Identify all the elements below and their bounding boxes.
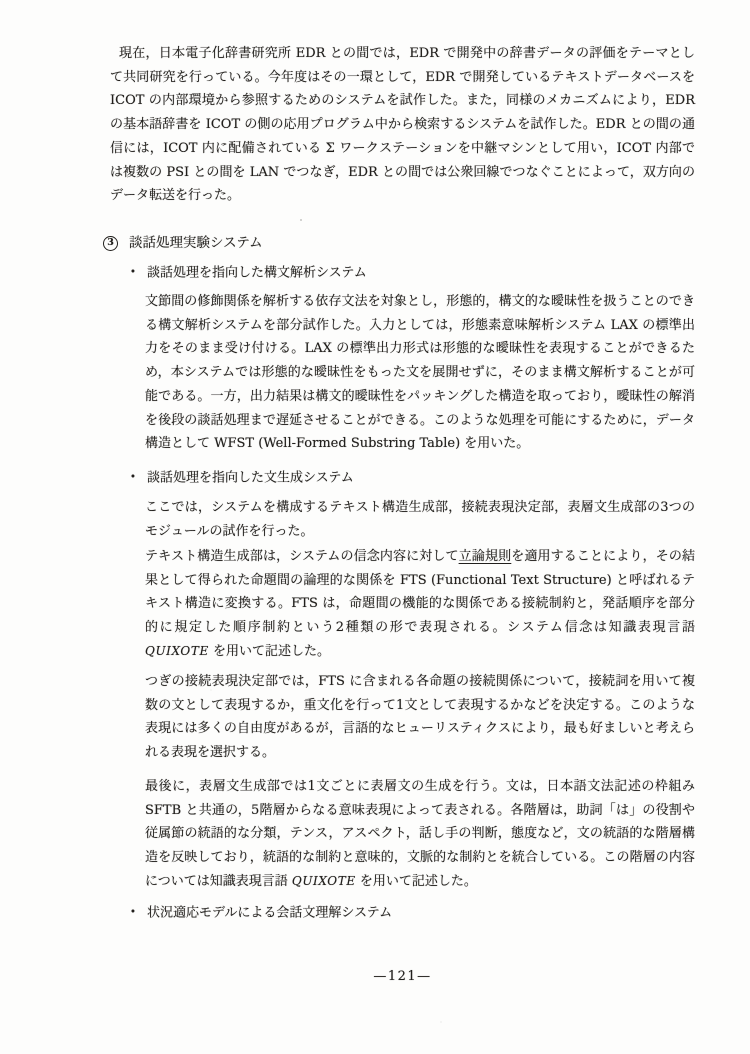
paragraph-text-structure-generation: テキスト構造生成部は，システムの信念内容に対して立論規則を適用することにより，そ…: [145, 545, 695, 664]
paragraph-connective-decision: つぎの接続表現決定部では，FTS に含まれる各命題の接続関係について，接続詞を用…: [145, 670, 695, 765]
document-page: 現在，日本電子化辞書研究所 EDR との間では，EDR で開発中の辞書データの評…: [0, 0, 750, 1054]
page-number: —121—: [110, 969, 695, 984]
text-segment: テキスト構造生成部は，システムの信念内容に対して: [145, 549, 459, 564]
text-segment: 最後に，表層文生成部では1文ごとに表層文の生成を行う。文は，日本語文法記述の枠組…: [145, 779, 695, 889]
quixote-language-name: QUIXOTE: [292, 874, 356, 888]
paragraph-modules-overview: ここでは，システムを構成するテキスト構造生成部，接続表現決定部，表層文生成部の3…: [145, 496, 695, 543]
bullet-item-generation-system: • 談話処理を指向した文生成システム: [130, 468, 354, 489]
underlined-term: 立論規則: [459, 549, 512, 564]
paragraph-surface-generation: 最後に，表層文生成部では1文ごとに表層文の生成を行う。文は，日本語文法記述の枠組…: [145, 775, 695, 894]
bullet-label: 談話処理を指向した文生成システム: [147, 471, 354, 486]
scan-noise-specks: [300, 219, 302, 221]
text-segment: を用いて記述した。: [209, 644, 330, 659]
quixote-language-name: QUIXOTE: [145, 644, 209, 658]
bullet-item-dialogue-understanding-system: • 状況適応モデルによる会話文理解システム: [130, 903, 392, 924]
bullet-icon: •: [130, 472, 136, 483]
intro-paragraph: 現在，日本電子化辞書研究所 EDR との間では，EDR で開発中の辞書データの評…: [110, 42, 695, 208]
section-title: 談話処理実験システム: [129, 233, 263, 253]
bullet-item-parsing-system: • 談話処理を指向した構文解析システム: [130, 263, 367, 284]
paragraph-parsing-system: 文節間の修飾関係を解析する依存文法を対象とし，形態的，構文的な曖昧性を扱うことの…: [145, 290, 695, 456]
bullet-label: 状況適応モデルによる会話文理解システム: [147, 906, 392, 921]
bullet-icon: •: [130, 267, 136, 278]
circled-3-marker: 3: [103, 236, 118, 251]
section-heading: 3 談話処理実験システム: [103, 233, 263, 253]
bullet-icon: •: [130, 907, 136, 918]
text-segment: を用いて記述した。: [356, 874, 477, 889]
bullet-label: 談話処理を指向した構文解析システム: [147, 266, 367, 281]
